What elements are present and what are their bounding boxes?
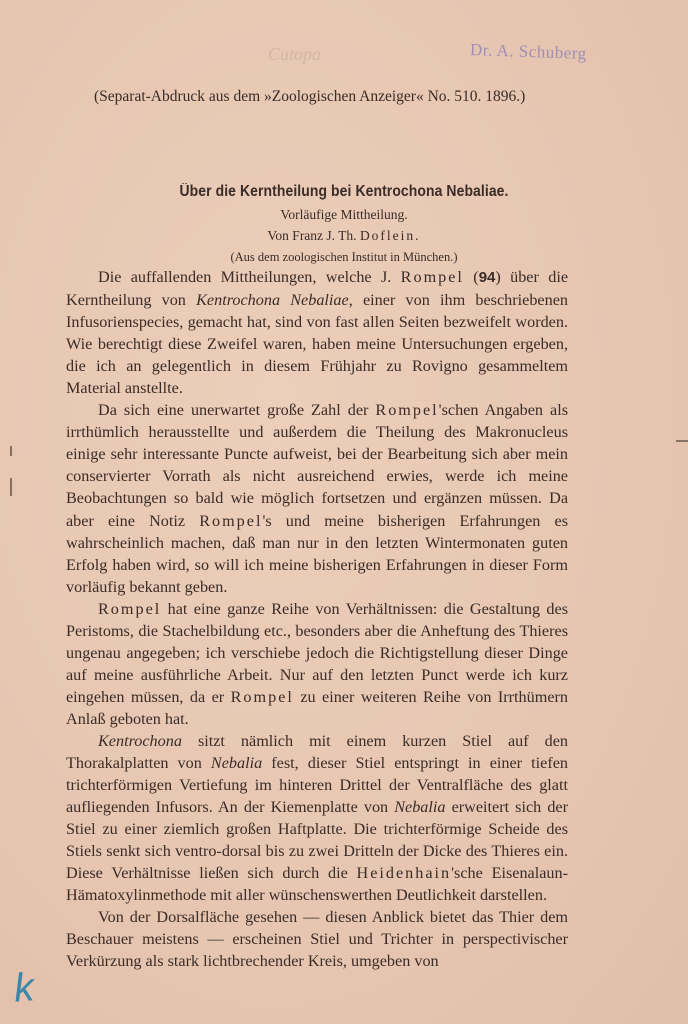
paragraph-4: Kentrochona sitzt nämlich mit einem kurz… [66, 730, 568, 906]
host-name: Nebalia [394, 798, 445, 816]
paragraph-3: Rompel hat eine ganze Reihe von Verhältn… [66, 598, 568, 730]
author-name: Rompel [98, 600, 161, 618]
margin-mark [10, 478, 12, 496]
author-name: Rompel [199, 512, 262, 530]
article-body: Die auffallenden Mittheilungen, welche J… [66, 266, 568, 973]
reference-number: 94 [479, 269, 496, 286]
paragraph-5: Von der Dorsalfläche gesehen — diesen An… [66, 906, 568, 972]
genus-name: Kentrochona [98, 732, 182, 750]
paragraph-2: Da sich eine unerwartet große Zahl der R… [66, 399, 568, 597]
text: ( [464, 268, 479, 286]
author-surname: Doflein. [360, 228, 421, 243]
author-name: Rompel [231, 688, 294, 706]
text: Die auffallenden Mittheilungen, welche J… [98, 268, 401, 286]
text: Da sich eine unerwartet große Zahl der [98, 401, 375, 419]
paragraph-1: Die auffallenden Mittheilungen, welche J… [66, 266, 568, 399]
offprint-notice: (Separat-Abdruck aus dem »Zoologischen A… [94, 88, 564, 106]
species-name: Kentrochona Nebaliae [196, 291, 349, 309]
host-name: Nebalia [211, 754, 262, 772]
handwritten-mark: k [12, 965, 35, 1011]
author-prefix: Von Franz J. Th. [267, 228, 360, 243]
article-affiliation: (Aus dem zoologischen Institut in Münche… [0, 250, 688, 265]
article-title: Über die Kerntheilung bei Kentrochona Ne… [34, 183, 653, 201]
text: Von der Dorsalfläche gesehen — diesen An… [66, 908, 568, 970]
margin-mark [676, 440, 688, 442]
author-name: Rompel [375, 401, 438, 419]
author-name: Rompel [401, 268, 464, 286]
text: 'schen Angaben als irrthümlich herausste… [66, 401, 568, 529]
article-author: Von Franz J. Th. Doflein. [0, 228, 688, 244]
margin-mark [10, 446, 12, 456]
article-subtitle: Vorläufige Mittheilung. [0, 207, 688, 223]
library-stamp: Dr. A. Schuberg [470, 40, 587, 64]
pencil-annotation: Cutopa [268, 44, 321, 65]
author-name: Heidenhain [357, 864, 452, 882]
